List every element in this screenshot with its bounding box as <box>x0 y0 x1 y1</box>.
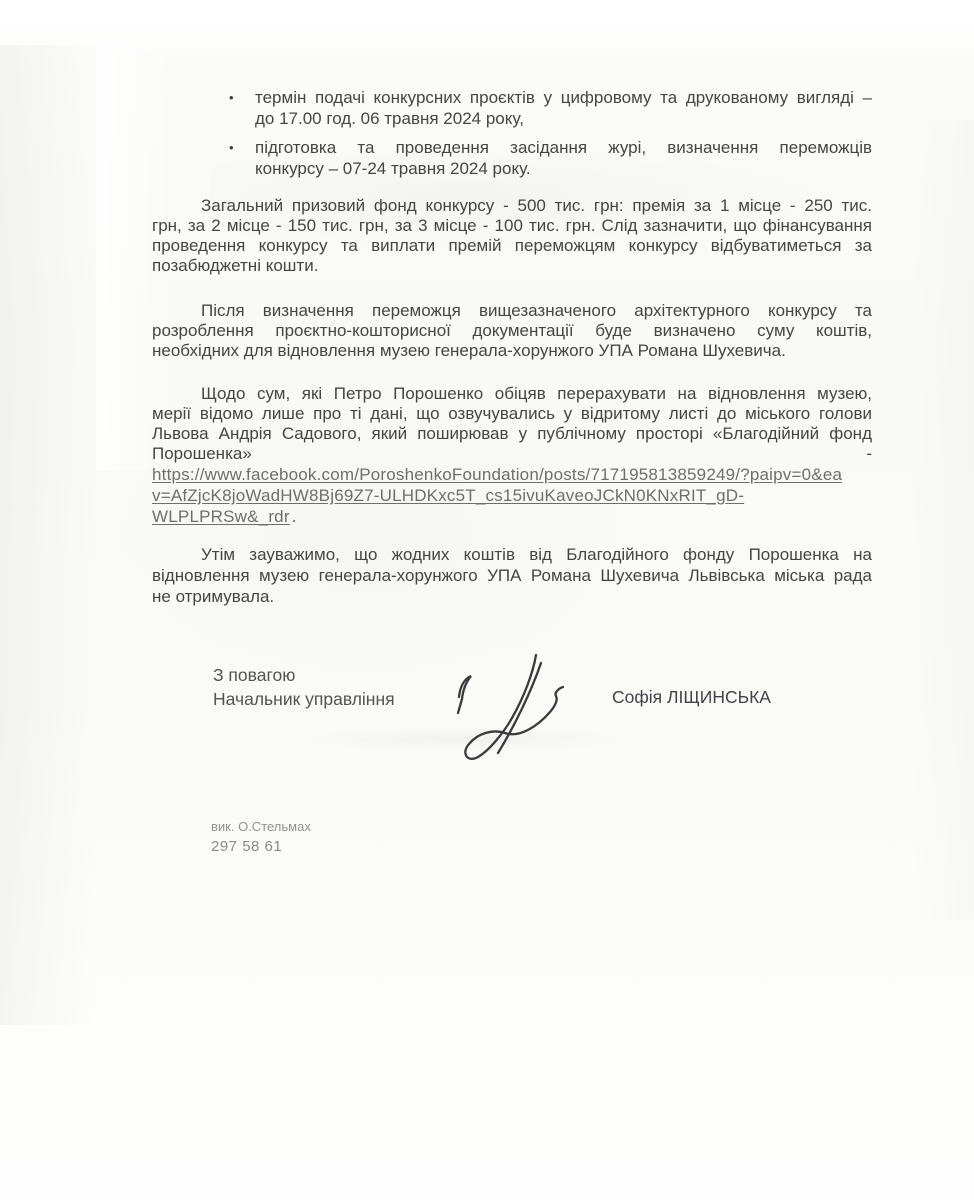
text-line: проведення конкурсу та виплати премій пе… <box>152 236 872 256</box>
bullet-text: підготовка та проведення засідання журі,… <box>255 137 872 179</box>
text-line: Львова Андрія Садового, який поширював у… <box>152 424 872 444</box>
scan-shade-right <box>914 120 974 920</box>
scan-shade-top <box>0 0 974 55</box>
link-suffix: . <box>292 506 297 527</box>
text-line: підготовка та проведення засідання журі,… <box>255 137 872 158</box>
margin-dash: - <box>866 444 872 464</box>
text-line: до 17.00 год. 06 травня 2024 року, <box>255 108 872 129</box>
bullet-text: термін подачі конкурсних проєктів у цифр… <box>255 87 872 129</box>
text-line: Загальний призовий фонд конкурсу - 500 т… <box>152 196 872 216</box>
paragraph-poroshenko-promises: Щодо сум, які Петро Порошенко обіцяв пер… <box>152 384 872 464</box>
text-line: мерії відомо лише про ті дані, що озвучу… <box>152 404 872 424</box>
text-line: грн, за 2 місце - 150 тис. грн, за 3 міс… <box>152 216 872 236</box>
text-line: v=AfZjcK8joWadHW8Bj69Z7-ULHDKxc5T_cs15iv… <box>152 485 744 506</box>
signer-name: Софія ЛІЩИНСЬКА <box>612 686 771 708</box>
closing-salutation: З повагою <box>213 663 395 687</box>
text-line: розроблення проєктно-кошторисної докумен… <box>152 321 872 341</box>
text-line: не отримувала. <box>152 586 872 607</box>
letter-page: •термін подачі конкурсних проєктів у циф… <box>0 0 974 1200</box>
text-line: необхідних для відновлення музею генерал… <box>152 341 872 361</box>
bullet-marker-icon: • <box>229 87 255 129</box>
text-line: Після визначення переможця вищезазначено… <box>152 301 872 321</box>
paragraph-prize-fund: Загальний призовий фонд конкурсу - 500 т… <box>152 196 872 276</box>
scan-shade-left <box>0 45 95 1025</box>
paragraph-no-funds-received: Утім зауважимо, що жодних коштів від Бла… <box>152 544 872 607</box>
text-line: конкурсу – 07-24 травня 2024 року. <box>255 158 872 179</box>
closing-block: З повагою Начальник управління <box>213 663 395 711</box>
text-line: відновлення музею генерала-хорунжого УПА… <box>152 565 872 586</box>
executor-block: вик. О.Стельмах 297 58 61 <box>211 817 311 857</box>
paragraph-winner-determination: Після визначення переможця вищезазначено… <box>152 301 872 361</box>
text-line: термін подачі конкурсних проєктів у цифр… <box>255 87 872 108</box>
text-line: Порошенка»- <box>152 444 872 464</box>
bullet-list: •термін подачі конкурсних проєктів у циф… <box>229 87 872 187</box>
handwritten-signature-icon <box>440 645 580 767</box>
text-line: Утім зауважимо, що жодних коштів від Бла… <box>152 544 872 565</box>
text-line: https://www.facebook.com/PoroshenkoFound… <box>152 464 842 485</box>
facebook-link[interactable]: https://www.facebook.com/PoroshenkoFound… <box>152 464 872 527</box>
executor-name: вик. О.Стельмах <box>211 817 311 837</box>
bullet-marker-icon: • <box>229 137 255 179</box>
text-line: позабюджетні кошти. <box>152 256 872 276</box>
bullet-item: •термін подачі конкурсних проєктів у циф… <box>229 87 872 129</box>
text-line: Порошенка» <box>152 444 252 464</box>
text-line: Щодо сум, які Петро Порошенко обіцяв пер… <box>152 384 872 404</box>
text-line: WLPLPRSw&_rdr . <box>152 506 297 527</box>
bullet-item: •підготовка та проведення засідання журі… <box>229 137 872 179</box>
closing-position: Начальник управління <box>213 687 395 711</box>
executor-phone: 297 58 61 <box>211 837 311 857</box>
